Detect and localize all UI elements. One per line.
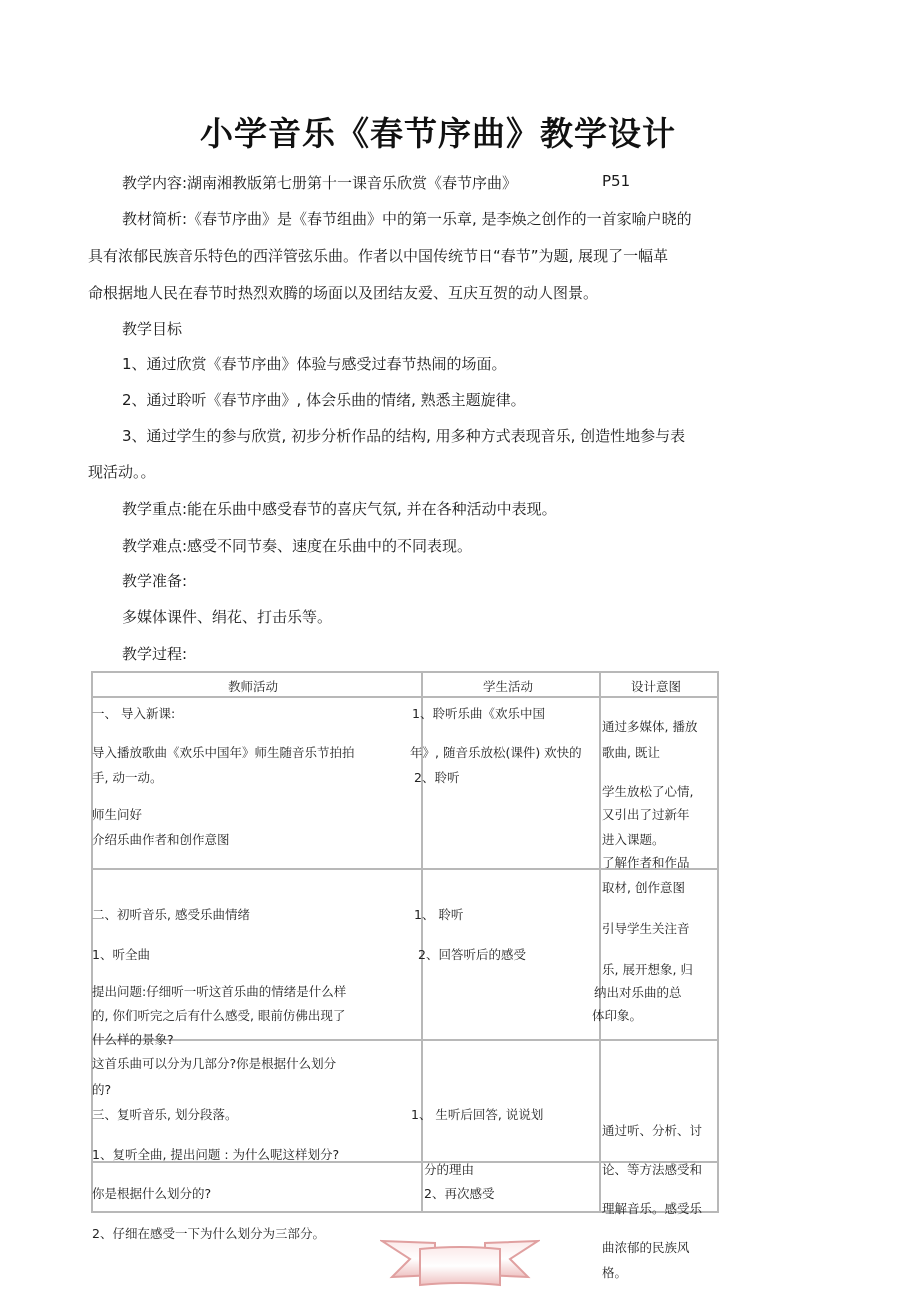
intent-line: 格。 (602, 1263, 627, 1281)
document-title: 小学音乐《春节序曲》教学设计 (200, 108, 676, 155)
intent-line: 取材, 创作意图 (602, 878, 685, 896)
key-point: 教学重点:能在乐曲中感受春节的喜庆气氛, 并在各种活动中表现。 (122, 498, 557, 519)
teacher-line: 导入播放歌曲《欢乐中国年》师生随音乐节拍拍 (92, 743, 355, 761)
preparation-heading: 教学准备: (122, 570, 187, 591)
difficulty: 教学难点:感受不同节奏、速度在乐曲中的不同表现。 (122, 535, 472, 556)
table-border (91, 1039, 719, 1041)
teacher-line: 介绍乐曲作者和创作意图 (92, 830, 230, 848)
teacher-line: 提出问题:仔细听一听这首乐曲的情绪是什么样 (92, 982, 346, 1000)
ribbon-banner-icon (380, 1235, 540, 1293)
teacher-line: 1、听全曲 (92, 945, 150, 963)
student-line: 2、聆听 (414, 768, 459, 786)
header-teacher-activity: 教师活动 (228, 677, 278, 695)
goal-3: 3、通过学生的参与欣赏, 初步分析作品的结构, 用多种方式表现音乐, 创造性地参… (122, 425, 685, 446)
table-border (91, 696, 719, 698)
intent-line: 通过听、分析、讨 (602, 1121, 702, 1139)
analysis-line-3: 命根据地人民在春节时热烈欢腾的场面以及团结友爱、互庆互贺的动人图景。 (88, 282, 598, 303)
teacher-line: 的? (92, 1080, 111, 1098)
intent-line: 歌曲, 既让 (602, 743, 660, 761)
teacher-line: 你是根据什么划分的? (92, 1184, 211, 1202)
goal-2: 2、通过聆听《春节序曲》, 体会乐曲的情绪, 熟悉主题旋律。 (122, 389, 526, 410)
table-border (717, 671, 719, 1213)
intent-line: 体印象。 (592, 1006, 642, 1024)
teacher-line: 师生问好 (92, 805, 142, 823)
page-reference: P51 (602, 172, 630, 190)
intent-line: 理解音乐。感受乐 (602, 1199, 702, 1217)
intent-line: 了解作者和作品 (602, 853, 690, 871)
intent-line: 引导学生关注音 (602, 919, 690, 937)
table-border (91, 671, 719, 673)
process-heading: 教学过程: (122, 643, 187, 664)
teacher-line: 2、仔细在感受一下为什么划分为三部分。 (92, 1224, 325, 1242)
intent-line: 乐, 展开想象, 归 (602, 960, 693, 978)
goals-heading: 教学目标 (122, 318, 182, 339)
teacher-line: 1、复听全曲, 提出问题 : 为什么呢这样划分? (92, 1145, 339, 1163)
table-border (599, 671, 601, 1213)
intent-line: 论、等方法感受和 (602, 1160, 702, 1178)
intent-line: 曲浓郁的民族风 (602, 1238, 690, 1256)
intent-line: 进入课题。 (602, 830, 665, 848)
intent-line: 又引出了过新年 (602, 805, 690, 823)
teacher-line: 手, 动一动。 (92, 768, 162, 786)
analysis-line-2: 具有浓郁民族音乐特色的西洋管弦乐曲。作者以中国传统节日“春节”为题, 展现了一幅… (88, 245, 668, 266)
header-design-intent: 设计意图 (631, 677, 681, 695)
intent-line: 纳出对乐曲的总 (594, 983, 682, 1001)
teacher-line: 一、 导入新课: (92, 704, 175, 722)
student-line: 2、再次感受 (424, 1184, 494, 1202)
teacher-line: 这首乐曲可以分为几部分?你是根据什么划分 (92, 1054, 336, 1072)
student-line: 年》, 随音乐放松(课件) 欢快的 (410, 743, 582, 761)
preparation: 多媒体课件、绢花、打击乐等。 (122, 606, 332, 627)
goal-1: 1、通过欣赏《春节序曲》体验与感受过春节热闹的场面。 (122, 353, 507, 374)
analysis-line-1: 教材简析:《春节序曲》是《春节组曲》中的第一乐章, 是李焕之创作的一首家喻户晓的 (122, 208, 692, 229)
header-student-activity: 学生活动 (483, 677, 533, 695)
student-line: 分的理由 (424, 1160, 474, 1178)
goal-3-cont: 现活动。。 (88, 461, 156, 482)
student-line: 1、聆听乐曲《欢乐中国 (412, 704, 545, 722)
intent-line: 通过多媒体, 播放 (602, 717, 697, 735)
teacher-line: 什么样的景象? (92, 1030, 174, 1048)
teacher-line: 的, 你们听完之后有什么感受, 眼前仿佛出现了 (92, 1006, 345, 1024)
student-line: 2、回答听后的感受 (418, 945, 526, 963)
teacher-line: 二、初听音乐, 感受乐曲情绪 (92, 905, 250, 923)
student-line: 1、 聆听 (414, 905, 463, 923)
student-line: 1、 生听后回答, 说说划 (411, 1105, 543, 1123)
content-line: 教学内容:湖南湘教版第七册第十一课音乐欣赏《春节序曲》 (122, 172, 517, 193)
intent-line: 学生放松了心情, (602, 782, 693, 800)
teacher-line: 三、复听音乐, 划分段落。 (92, 1105, 237, 1123)
